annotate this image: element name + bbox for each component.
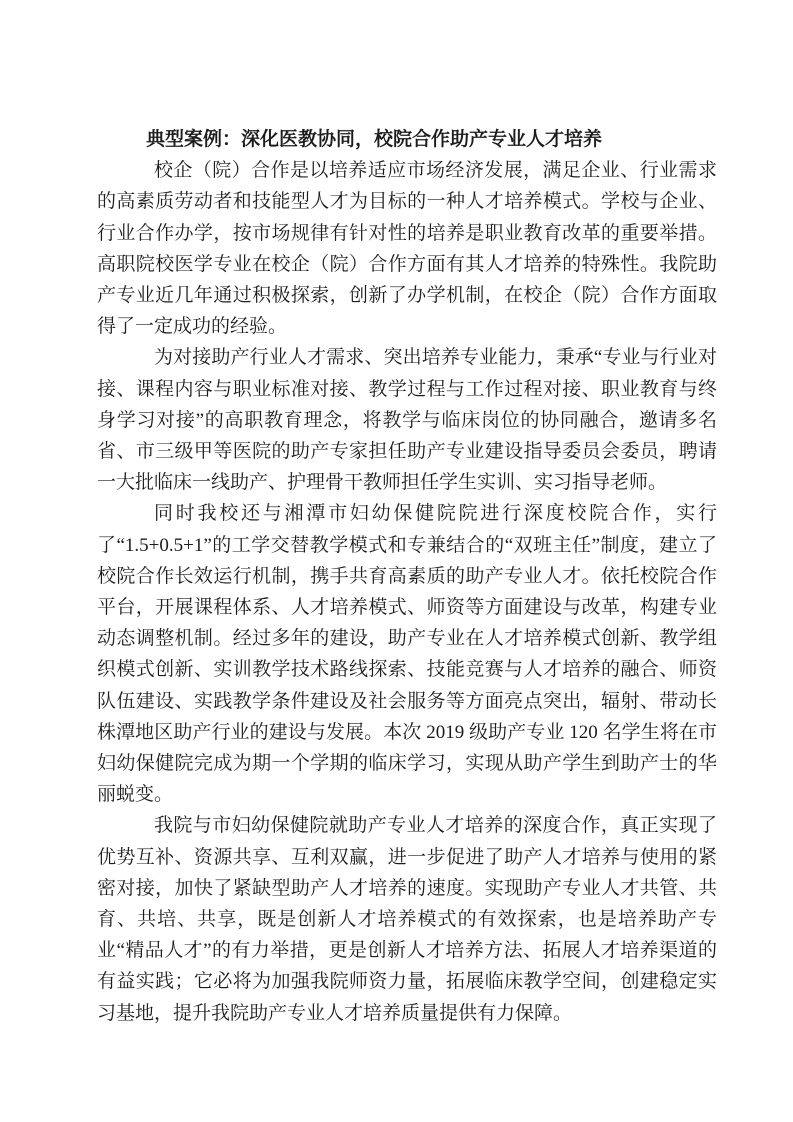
document-body: 典型案例：深化医教协同，校院合作助产专业人才培养 校企（院）合作是以培养适应市场… xyxy=(97,124,717,1029)
document-title: 典型案例：深化医教协同，校院合作助产专业人才培养 xyxy=(97,124,717,155)
paragraph-school-enterprise-cooperation: 校企（院）合作是以培养适应市场经济发展，满足企业、行业需求的高素质劳动者和技能型… xyxy=(97,155,717,342)
paragraph-industry-alignment: 为对接助产行业人才需求、突出培养专业能力，秉承“专业与行业对接、课程内容与职业标… xyxy=(97,342,717,498)
paragraph-xiangtan-hospital-cooperation: 同时我校还与湘潭市妇幼保健院院进行深度校院合作，实行了“1.5+0.5+1”的工… xyxy=(97,498,717,810)
paragraph-cooperation-outcomes: 我院与市妇幼保健院就助产专业人才培养的深度合作，真正实现了优势互补、资源共享、互… xyxy=(97,810,717,1028)
document-page: 典型案例：深化医教协同，校院合作助产专业人才培养 校企（院）合作是以培养适应市场… xyxy=(0,0,793,1122)
